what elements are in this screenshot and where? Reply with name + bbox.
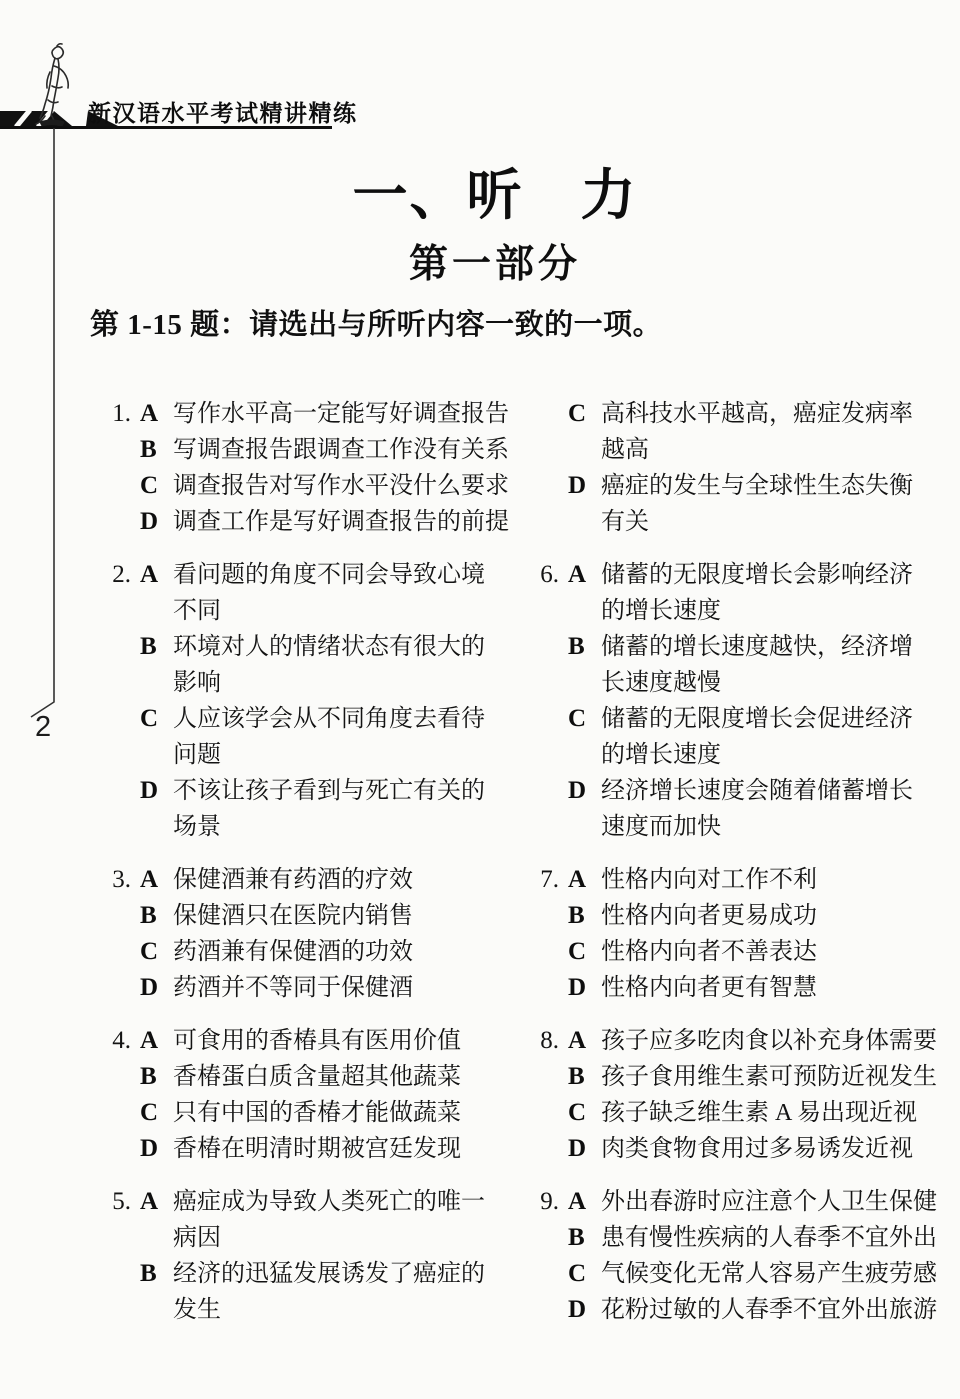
option-text-line: 只有中国的香椿才能做蔬菜	[173, 1095, 461, 1131]
option-text-line: 癌症成为导致人类死亡的唯一	[173, 1184, 485, 1220]
question-number: 6.	[518, 557, 568, 593]
option-text-line: 影响	[173, 665, 485, 701]
option-text-line: 环境对人的情绪状态有很大的	[173, 629, 485, 665]
answer-option: B孩子食用维生素可预防近视发生	[568, 1059, 937, 1095]
option-text-line: 气候变化无常人容易产生疲劳感	[601, 1256, 937, 1292]
option-text-line: 药酒并不等同于保健酒	[173, 970, 413, 1006]
answer-option: C只有中国的香椿才能做蔬菜	[140, 1095, 461, 1131]
option-text-line: 患有慢性疾病的人春季不宜外出	[601, 1220, 937, 1256]
option-letter: A	[568, 557, 601, 593]
option-letter: A	[568, 862, 601, 898]
answer-option: D花粉过敏的人春季不宜外出旅游	[568, 1292, 937, 1328]
answer-option: A写作水平高一定能写好调查报告	[140, 396, 509, 432]
option-letter: D	[568, 970, 601, 1006]
option-text-line: 写作水平高一定能写好调查报告	[173, 396, 509, 432]
question-number: 4.	[90, 1023, 140, 1059]
option-text-line: 香椿在明清时期被宫廷发现	[173, 1131, 461, 1167]
question-block: 8.A孩子应多吃肉食以补充身体需要B孩子食用维生素可预防近视发生C孩子缺乏维生素…	[518, 1023, 946, 1167]
option-letter: C	[140, 934, 173, 970]
option-text-line: 不同	[173, 593, 485, 629]
answer-option: B环境对人的情绪状态有很大的影响	[140, 629, 485, 701]
answer-option: A可食用的香椿具有医用价值	[140, 1023, 461, 1059]
option-text-line: 问题	[173, 737, 485, 773]
answer-option: C药酒兼有保健酒的功效	[140, 934, 413, 970]
section-title: 一、听 力	[55, 151, 935, 230]
page-number: 2	[35, 711, 51, 744]
option-text-line: 高科技水平越高，癌症发病率	[601, 396, 913, 432]
part-title: 第一部分	[55, 233, 935, 289]
option-letter: D	[568, 1292, 601, 1328]
option-letter: B	[140, 898, 173, 934]
option-letter: B	[140, 1059, 173, 1095]
option-letter: B	[140, 1256, 173, 1292]
option-letter: C	[568, 701, 601, 737]
option-text-line: 经济的迅猛发展诱发了癌症的	[173, 1256, 485, 1292]
option-text-line: 香椿蛋白质含量超其他蔬菜	[173, 1059, 461, 1095]
option-letter: C	[568, 1256, 601, 1292]
option-text-line: 长速度越慢	[601, 665, 913, 701]
option-text-line: 写调查报告跟调查工作没有关系	[173, 432, 509, 468]
option-letter: D	[568, 773, 601, 809]
answer-option: A癌症成为导致人类死亡的唯一病因	[140, 1184, 485, 1256]
option-text-line: 孩子食用维生素可预防近视发生	[601, 1059, 937, 1095]
answer-option: C性格内向者不善表达	[568, 934, 817, 970]
answer-option: A孩子应多吃肉食以补充身体需要	[568, 1023, 937, 1059]
option-text-line: 孩子缺乏维生素 A 易出现近视	[601, 1095, 917, 1131]
answer-option: A保健酒兼有药酒的疗效	[140, 862, 413, 898]
option-text-line: 越高	[601, 432, 913, 468]
option-text-line: 有关	[601, 504, 913, 540]
question-block: 9.A外出春游时应注意个人卫生保健B患有慢性疾病的人春季不宜外出C气候变化无常人…	[518, 1184, 946, 1328]
option-text-line: 储蓄的无限度增长会影响经济	[601, 557, 913, 593]
book-brand-title: 新汉语水平考试精讲精练	[88, 95, 358, 128]
option-letter: A	[140, 1023, 173, 1059]
option-letter: A	[568, 1184, 601, 1220]
option-text-line: 性格内向者更易成功	[601, 898, 817, 934]
option-text-line: 发生	[173, 1292, 485, 1328]
answer-option: D肉类食物食用过多易诱发近视	[568, 1131, 937, 1167]
question-number: 5.	[90, 1184, 140, 1220]
option-letter: B	[140, 432, 173, 468]
option-text-line: 看问题的角度不同会导致心境	[173, 557, 485, 593]
answer-option: D经济增长速度会随着储蓄增长速度而加快	[568, 773, 913, 845]
question-block: C高科技水平越高，癌症发病率越高D癌症的发生与全球性生态失衡有关	[518, 396, 946, 540]
option-text-line: 人应该学会从不同角度去看待	[173, 701, 485, 737]
option-letter: C	[568, 1095, 601, 1131]
answer-option: D香椿在明清时期被宫廷发现	[140, 1131, 461, 1167]
option-text-line: 癌症的发生与全球性生态失衡	[601, 468, 913, 504]
answer-option: D药酒并不等同于保健酒	[140, 970, 413, 1006]
answer-option: D不该让孩子看到与死亡有关的场景	[140, 773, 485, 845]
option-text-line: 保健酒兼有药酒的疗效	[173, 862, 413, 898]
option-letter: B	[140, 629, 173, 665]
option-text-line: 储蓄的无限度增长会促进经济	[601, 701, 913, 737]
answer-option: C高科技水平越高，癌症发病率越高	[568, 396, 913, 468]
questions-area: 1.A写作水平高一定能写好调查报告B写调查报告跟调查工作没有关系C调查报告对写作…	[90, 396, 946, 1328]
option-letter: A	[140, 862, 173, 898]
option-text-line: 场景	[173, 809, 485, 845]
option-text-line: 肉类食物食用过多易诱发近视	[601, 1131, 913, 1167]
question-number: 3.	[90, 862, 140, 898]
option-text-line: 速度而加快	[601, 809, 913, 845]
question-block: 7.A性格内向对工作不利B性格内向者更易成功C性格内向者不善表达D性格内向者更有…	[518, 862, 946, 1006]
option-text-line: 外出春游时应注意个人卫生保健	[601, 1184, 937, 1220]
option-letter: A	[140, 396, 173, 432]
question-number: 2.	[90, 557, 140, 593]
option-letter: C	[568, 396, 601, 432]
option-text-line: 孩子应多吃肉食以补充身体需要	[601, 1023, 937, 1059]
answer-option: C储蓄的无限度增长会促进经济的增长速度	[568, 701, 913, 773]
answer-option: A性格内向对工作不利	[568, 862, 817, 898]
answer-option: A外出春游时应注意个人卫生保健	[568, 1184, 937, 1220]
question-block: 4.A可食用的香椿具有医用价值B香椿蛋白质含量超其他蔬菜C只有中国的香椿才能做蔬…	[90, 1023, 518, 1167]
option-letter: C	[568, 934, 601, 970]
questions-column-right: C高科技水平越高，癌症发病率越高D癌症的发生与全球性生态失衡有关6.A储蓄的无限…	[518, 396, 946, 1328]
option-text-line: 调查工作是写好调查报告的前提	[173, 504, 509, 540]
option-text-line: 可食用的香椿具有医用价值	[173, 1023, 461, 1059]
option-text-line: 调查报告对写作水平没什么要求	[173, 468, 509, 504]
instruction-text: 第 1-15 题：请选出与所听内容一致的一项。	[90, 302, 662, 343]
option-text-line: 储蓄的增长速度越快，经济增	[601, 629, 913, 665]
answer-option: C调查报告对写作水平没什么要求	[140, 468, 509, 504]
option-letter: D	[140, 504, 173, 540]
question-number: 7.	[518, 862, 568, 898]
answer-option: A看问题的角度不同会导致心境不同	[140, 557, 485, 629]
answer-option: B保健酒只在医院内销售	[140, 898, 413, 934]
answer-option: B储蓄的增长速度越快，经济增长速度越慢	[568, 629, 913, 701]
option-letter: A	[140, 557, 173, 593]
question-number: 1.	[90, 396, 140, 432]
questions-column-left: 1.A写作水平高一定能写好调查报告B写调查报告跟调查工作没有关系C调查报告对写作…	[90, 396, 518, 1328]
option-text-line: 性格内向者更有智慧	[601, 970, 817, 1006]
question-block: 5.A癌症成为导致人类死亡的唯一病因B经济的迅猛发展诱发了癌症的发生	[90, 1184, 518, 1328]
question-block: 3.A保健酒兼有药酒的疗效B保健酒只在医院内销售C药酒兼有保健酒的功效D药酒并不…	[90, 862, 518, 1006]
option-text-line: 的增长速度	[601, 737, 913, 773]
option-text-line: 药酒兼有保健酒的功效	[173, 934, 413, 970]
option-text-line: 保健酒只在医院内销售	[173, 898, 413, 934]
option-letter: D	[568, 468, 601, 504]
answer-option: D癌症的发生与全球性生态失衡有关	[568, 468, 913, 540]
answer-option: B香椿蛋白质含量超其他蔬菜	[140, 1059, 461, 1095]
answer-option: B患有慢性疾病的人春季不宜外出	[568, 1220, 937, 1256]
answer-option: C孩子缺乏维生素 A 易出现近视	[568, 1095, 937, 1131]
option-letter: D	[568, 1131, 601, 1167]
answer-option: B性格内向者更易成功	[568, 898, 817, 934]
option-letter: A	[140, 1184, 173, 1220]
answer-option: B写调查报告跟调查工作没有关系	[140, 432, 509, 468]
option-text-line: 经济增长速度会随着储蓄增长	[601, 773, 913, 809]
question-block: 1.A写作水平高一定能写好调查报告B写调查报告跟调查工作没有关系C调查报告对写作…	[90, 396, 518, 540]
option-letter: B	[568, 1059, 601, 1095]
option-text-line: 不该让孩子看到与死亡有关的	[173, 773, 485, 809]
option-letter: D	[140, 773, 173, 809]
option-letter: B	[568, 898, 601, 934]
option-letter: B	[568, 629, 601, 665]
option-letter: A	[568, 1023, 601, 1059]
option-letter: D	[140, 970, 173, 1006]
answer-option: A储蓄的无限度增长会影响经济的增长速度	[568, 557, 913, 629]
answer-option: C气候变化无常人容易产生疲劳感	[568, 1256, 937, 1292]
question-block: 6.A储蓄的无限度增长会影响经济的增长速度B储蓄的增长速度越快，经济增长速度越慢…	[518, 557, 946, 845]
option-letter: C	[140, 468, 173, 504]
question-block: 2.A看问题的角度不同会导致心境不同B环境对人的情绪状态有很大的影响C人应该学会…	[90, 557, 518, 845]
question-number: 9.	[518, 1184, 568, 1220]
answer-option: C人应该学会从不同角度去看待问题	[140, 701, 485, 773]
option-text-line: 病因	[173, 1220, 485, 1256]
answer-option: D调查工作是写好调查报告的前提	[140, 504, 509, 540]
option-text-line: 性格内向对工作不利	[601, 862, 817, 898]
option-letter: C	[140, 1095, 173, 1131]
answer-option: B经济的迅猛发展诱发了癌症的发生	[140, 1256, 485, 1328]
option-text-line: 花粉过敏的人春季不宜外出旅游	[601, 1292, 937, 1328]
option-text-line: 的增长速度	[601, 593, 913, 629]
option-letter: C	[140, 701, 173, 737]
answer-option: D性格内向者更有智慧	[568, 970, 817, 1006]
option-letter: B	[568, 1220, 601, 1256]
option-letter: D	[140, 1131, 173, 1167]
question-number: 8.	[518, 1023, 568, 1059]
option-text-line: 性格内向者不善表达	[601, 934, 817, 970]
